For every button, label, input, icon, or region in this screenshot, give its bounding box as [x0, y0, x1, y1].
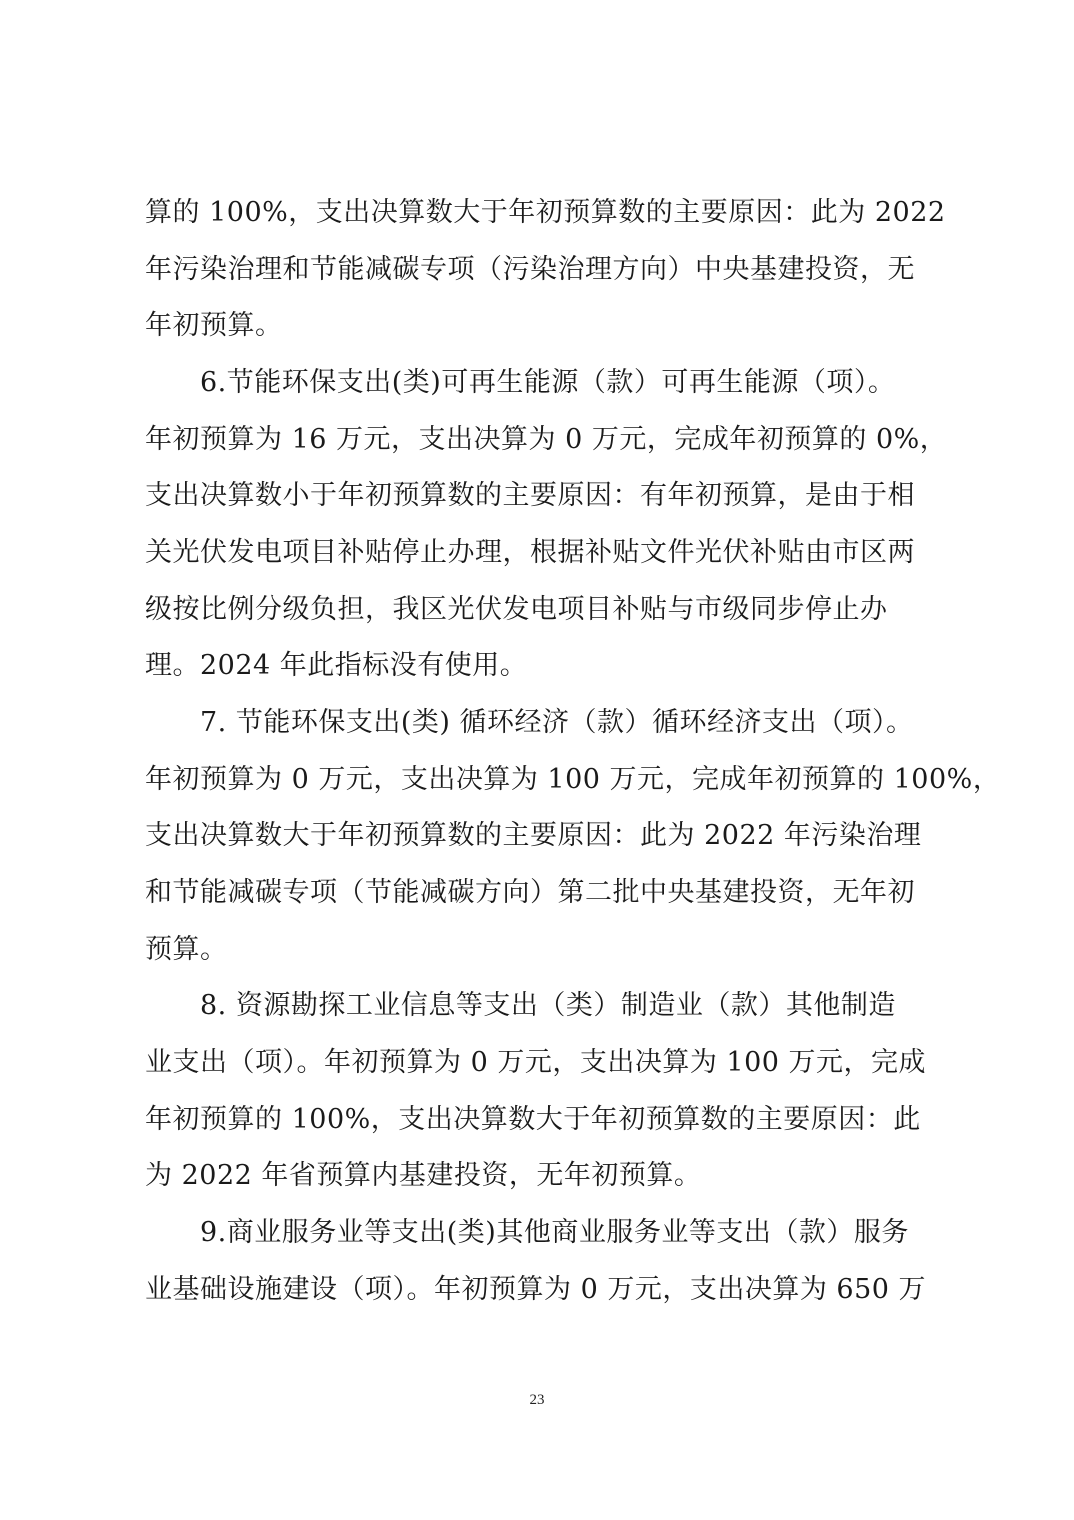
paragraph-7-line-5: 预算。 — [145, 930, 945, 970]
paragraph-6-heading: 6.节能环保支出(类)可再生能源（款）可再生能源（项）。 — [200, 363, 1000, 403]
paragraph-7-line-2: 年初预算为 0 万元，支出决算为 100 万元，完成年初预算的 100%， — [145, 760, 945, 800]
paragraph-5-line-1: 算的 100%，支出决算数大于年初预算数的主要原因：此为 2022 — [145, 193, 945, 233]
paragraph-9-line-2: 业基础设施建设（项）。年初预算为 0 万元，支出决算为 650 万 — [145, 1270, 945, 1310]
paragraph-7-line-4: 和节能减碳专项（节能减碳方向）第二批中央基建投资，无年初 — [145, 873, 945, 913]
paragraph-8-line-3: 年初预算的 100%，支出决算数大于年初预算数的主要原因：此 — [145, 1100, 945, 1140]
paragraph-6-line-6: 理。2024 年此指标没有使用。 — [145, 646, 945, 686]
paragraph-6-line-3: 支出决算数小于年初预算数的主要原因：有年初预算，是由于相 — [145, 476, 945, 516]
paragraph-9-heading: 9.商业服务业等支出(类)其他商业服务业等支出（款）服务 — [200, 1213, 1000, 1253]
paragraph-6-line-4: 关光伏发电项目补贴停止办理，根据补贴文件光伏补贴由市区两 — [145, 533, 945, 573]
page-number: 23 — [0, 1392, 1074, 1409]
paragraph-5-line-2: 年污染治理和节能减碳专项（污染治理方向）中央基建投资，无 — [145, 250, 945, 290]
paragraph-5-line-3: 年初预算。 — [145, 306, 945, 346]
document-page: 算的 100%，支出决算数大于年初预算数的主要原因：此为 2022 年污染治理和… — [0, 0, 1074, 1520]
paragraph-6-line-5: 级按比例分级负担，我区光伏发电项目补贴与市级同步停止办 — [145, 590, 945, 630]
paragraph-7-heading: 7. 节能环保支出(类) 循环经济（款）循环经济支出（项）。 — [200, 703, 1000, 743]
paragraph-8-heading: 8. 资源勘探工业信息等支出（类）制造业（款）其他制造 — [200, 986, 1000, 1026]
paragraph-7-line-3: 支出决算数大于年初预算数的主要原因：此为 2022 年污染治理 — [145, 816, 945, 856]
paragraph-8-line-4: 为 2022 年省预算内基建投资，无年初预算。 — [145, 1156, 945, 1196]
paragraph-8-line-2: 业支出（项）。年初预算为 0 万元，支出决算为 100 万元，完成 — [145, 1043, 945, 1083]
paragraph-6-line-2: 年初预算为 16 万元，支出决算为 0 万元，完成年初预算的 0%， — [145, 420, 945, 460]
